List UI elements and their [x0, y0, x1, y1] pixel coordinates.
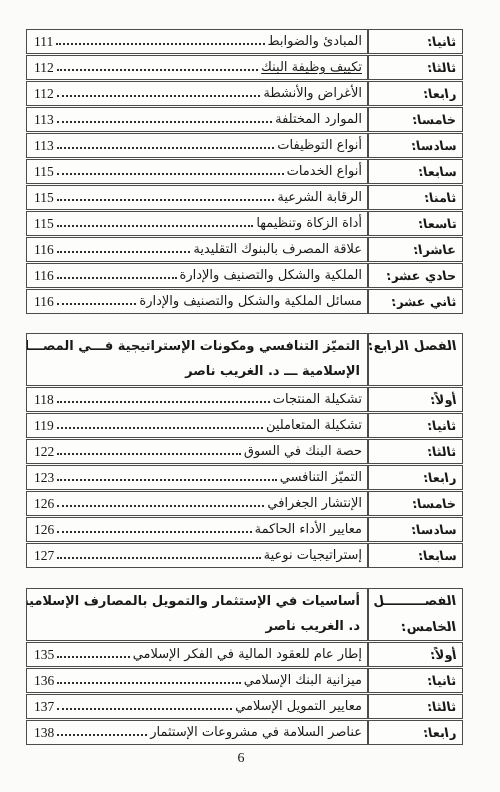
entry-title: الإنتشار الجغرافي	[267, 496, 362, 511]
toc-row: سابعا: أنواع الخدمات115	[26, 159, 463, 184]
toc-row: رابعا: عناصر السلامة في مشروعات الإستثما…	[26, 720, 463, 745]
ordinal-cell: رابعا:	[368, 81, 463, 106]
toc-table-chapter-5: الفصـــــــــل الخامس: أساسيات في الإستث…	[26, 588, 463, 746]
page-ref: 115	[34, 191, 54, 205]
page-ref: 119	[34, 419, 54, 433]
page-ref: 136	[34, 674, 54, 688]
ordinal-cell: أولاً:	[368, 387, 463, 412]
entry-title: حصة البنك في السوق	[244, 444, 362, 459]
dot-leader	[57, 401, 270, 403]
ordinal-label: ثالثا:	[426, 60, 457, 75]
chapter-label-cell: الفصـــــــــل الخامس:	[368, 588, 463, 641]
chapter-header-row: الفصل الرابع: التميّز التنافسي ومكونات ا…	[26, 333, 463, 386]
entry-cell: أنواع الخدمات115	[26, 159, 368, 184]
toc-row: خامسا: الموارد المختلفة113	[26, 107, 463, 132]
ordinal-label: ثالثا:	[426, 699, 457, 714]
ordinal-cell: أولاً:	[368, 642, 463, 667]
toc-table-chapter-4: الفصل الرابع: التميّز التنافسي ومكونات ا…	[26, 333, 463, 569]
entry-title: تشكيلة المنتجات	[273, 392, 362, 407]
toc-row: رابعا: الأغراض والأنشطة112	[26, 81, 463, 106]
page-ref: 113	[34, 113, 54, 127]
toc-row: ثاني عشر: مسائل الملكية والشكل والتصنيف …	[26, 289, 463, 314]
entry-title: الملكية والشكل والتصنيف والإدارة	[180, 268, 362, 283]
page-ref: 122	[34, 445, 54, 459]
toc-row: ثالثا: تكييف وظيفة البنك112	[26, 55, 463, 80]
entry-cell: أنواع التوظيفات113	[26, 133, 368, 158]
ordinal-cell: سابعا:	[368, 159, 463, 184]
chapter-title-cell: التميّز التنافسي ومكونات الإستراتيجية فـ…	[26, 333, 368, 386]
entry-cell: تشكيلة المنتجات118	[26, 387, 368, 412]
ordinal-cell: سادسا:	[368, 133, 463, 158]
entry-title: الأغراض والأنشطة	[263, 86, 362, 101]
entry-cell: تكييف وظيفة البنك112	[26, 55, 368, 80]
chapter-title-line: الإسلامية ـــ د. الغريب ناصر	[185, 364, 360, 379]
chapter-label: الفصل الرابع:	[368, 339, 457, 354]
entry-title: إطار عام للعقود المالية في الفكر الإسلام…	[133, 647, 362, 662]
ordinal-cell: رابعا:	[368, 465, 463, 490]
chapter-label: الفصـــــــــل	[372, 594, 457, 609]
ordinal-label: ثانيا:	[426, 34, 457, 49]
entry-title: ميزانية البنك الإسلامي	[244, 673, 362, 688]
ordinal-label: تاسعا:	[416, 216, 457, 231]
ordinal-cell: ثالثا:	[368, 694, 463, 719]
dot-leader	[57, 656, 129, 658]
entry-cell: ميزانية البنك الإسلامي136	[26, 668, 368, 693]
dot-leader	[57, 173, 284, 175]
ordinal-label: رابعا:	[422, 725, 457, 740]
ordinal-cell: ثانيا:	[368, 29, 463, 54]
page-ref: 137	[34, 700, 54, 714]
entry-cell: التميّز التنافسي123	[26, 465, 368, 490]
ordinal-cell: سابعا:	[368, 543, 463, 568]
page-ref: 115	[34, 217, 54, 231]
entry-cell: معايير التمويل الإسلامي137	[26, 694, 368, 719]
ordinal-label: أولاً:	[428, 647, 457, 662]
chapter-title-line: التميّز التنافسي ومكونات الإستراتيجية فـ…	[26, 339, 360, 354]
page-ref: 126	[34, 497, 54, 511]
ordinal-cell: ثاني عشر:	[368, 289, 463, 314]
ordinal-label: ثانيا:	[426, 673, 457, 688]
entry-cell: علاقة المصرف بالبنوك التقليدية116	[26, 237, 368, 262]
toc-table-chapter-3-continued: ثانيا: المبادئ والضوابط111 ثالثا: تكييف …	[26, 29, 463, 315]
entry-cell: مسائل الملكية والشكل والتصنيف والإدارة11…	[26, 289, 368, 314]
entry-cell: معايير الأداء الحاكمة126	[26, 517, 368, 542]
toc-row: خامسا: الإنتشار الجغرافي126	[26, 491, 463, 516]
ordinal-label: ثالثا:	[426, 444, 457, 459]
entry-cell: الموارد المختلفة113	[26, 107, 368, 132]
chapter-header-row: الفصـــــــــل الخامس: أساسيات في الإستث…	[26, 588, 463, 641]
dot-leader	[57, 199, 275, 201]
dot-leader	[57, 251, 191, 253]
dot-leader	[57, 303, 137, 305]
page-ref: 116	[34, 243, 54, 257]
dot-leader	[57, 147, 275, 149]
chapter-title-line: د. الغريب ناصر	[266, 619, 360, 634]
ordinal-cell: ثانيا:	[368, 413, 463, 438]
ordinal-label: حادي عشر:	[385, 268, 457, 283]
entry-title: مسائل الملكية والشكل والتصنيف والإدارة	[139, 294, 362, 309]
dot-leader	[57, 479, 276, 481]
ordinal-label: أولاً:	[428, 392, 457, 407]
entry-cell: عناصر السلامة في مشروعات الإستثمار138	[26, 720, 368, 745]
entry-cell: المبادئ والضوابط111	[26, 29, 368, 54]
entry-cell: الأغراض والأنشطة112	[26, 81, 368, 106]
dot-leader	[57, 69, 258, 71]
page-number: 6	[0, 751, 482, 767]
dot-leader	[57, 277, 177, 279]
toc-row: ثانيا: المبادئ والضوابط111	[26, 29, 463, 54]
entry-title: المبادئ والضوابط	[268, 34, 362, 49]
entry-cell: أداة الزكاة وتنظيمها115	[26, 211, 368, 236]
dot-leader	[57, 505, 264, 507]
dot-leader	[57, 453, 241, 455]
ordinal-label: خامسا:	[411, 496, 457, 511]
toc-row: ثانيا: ميزانية البنك الإسلامي136	[26, 668, 463, 693]
dot-leader	[57, 225, 254, 227]
entry-title: أنواع التوظيفات	[277, 138, 362, 153]
entry-title: الرقابة الشرعية	[277, 190, 362, 205]
ordinal-label: رابعا:	[422, 470, 457, 485]
ordinal-cell: حادي عشر:	[368, 263, 463, 288]
page-ref: 112	[34, 61, 54, 75]
toc-row: عاشرا: علاقة المصرف بالبنوك التقليدية116	[26, 237, 463, 262]
page-ref: 111	[34, 35, 53, 49]
toc-row: ثامنا: الرقابة الشرعية115	[26, 185, 463, 210]
ordinal-cell: ثامنا:	[368, 185, 463, 210]
toc-row: سادسا: معايير الأداء الحاكمة126	[26, 517, 463, 542]
ordinal-cell: سادسا:	[368, 517, 463, 542]
toc-row: ثالثا: معايير التمويل الإسلامي137	[26, 694, 463, 719]
dot-leader	[57, 95, 261, 97]
entry-title: معايير التمويل الإسلامي	[235, 699, 362, 714]
ordinal-label: خامسا:	[411, 112, 457, 127]
entry-cell: حصة البنك في السوق122	[26, 439, 368, 464]
page-ref: 116	[34, 269, 54, 283]
entry-title: تشكيلة المتعاملين	[266, 418, 362, 433]
toc-row: أولاً: تشكيلة المنتجات118	[26, 387, 463, 412]
ordinal-label: سادسا:	[409, 522, 457, 537]
toc-row: سابعا: إستراتيجيات نوعية127	[26, 543, 463, 568]
entry-cell: الملكية والشكل والتصنيف والإدارة116	[26, 263, 368, 288]
toc-row: ثانيا: تشكيلة المتعاملين119	[26, 413, 463, 438]
ordinal-label: سابعا:	[416, 164, 457, 179]
dot-leader	[57, 427, 263, 429]
page-ref: 116	[34, 295, 54, 309]
toc-row: تاسعا: أداة الزكاة وتنظيمها115	[26, 211, 463, 236]
entry-title: أنواع الخدمات	[287, 164, 362, 179]
dot-leader	[57, 708, 232, 710]
dot-leader	[57, 121, 272, 123]
dot-leader	[57, 531, 251, 533]
page-ref: 126	[34, 523, 54, 537]
ordinal-cell: ثانيا:	[368, 668, 463, 693]
page-ref: 113	[34, 139, 54, 153]
page-ref: 112	[34, 87, 54, 101]
ordinal-cell: خامسا:	[368, 491, 463, 516]
ordinal-label: ثانيا:	[426, 418, 457, 433]
ordinal-cell: ثالثا:	[368, 439, 463, 464]
ordinal-label: سادسا:	[409, 138, 457, 153]
dot-leader	[57, 557, 260, 559]
chapter-label: الخامس:	[400, 620, 458, 635]
ordinal-cell: خامسا:	[368, 107, 463, 132]
page-ref: 135	[34, 648, 54, 662]
entry-cell: تشكيلة المتعاملين119	[26, 413, 368, 438]
dot-leader	[56, 43, 264, 45]
page-ref: 115	[34, 165, 54, 179]
entry-title: الموارد المختلفة	[275, 112, 362, 127]
chapter-label-cell: الفصل الرابع:	[368, 333, 463, 386]
entry-title: عناصر السلامة في مشروعات الإستثمار	[150, 725, 362, 740]
ordinal-label: ثامنا:	[423, 190, 457, 205]
dot-leader	[57, 682, 240, 684]
entry-title: أداة الزكاة وتنظيمها	[256, 216, 362, 231]
entry-title: التميّز التنافسي	[280, 470, 362, 485]
entry-title: تكييف وظيفة البنك	[261, 60, 362, 75]
ordinal-label: عاشرا:	[412, 242, 457, 257]
chapter-title-line: أساسيات في الإستثمار والتمويل بالمصارف ا…	[26, 594, 360, 609]
page-ref: 123	[34, 471, 54, 485]
entry-cell: إطار عام للعقود المالية في الفكر الإسلام…	[26, 642, 368, 667]
entry-title: إستراتيجيات نوعية	[264, 548, 362, 563]
dot-leader	[57, 734, 147, 736]
ordinal-label: سابعا:	[416, 548, 457, 563]
page-ref: 138	[34, 726, 54, 740]
ordinal-label: ثاني عشر:	[390, 294, 458, 309]
ordinal-cell: رابعا:	[368, 720, 463, 745]
toc-row: حادي عشر: الملكية والشكل والتصنيف والإدا…	[26, 263, 463, 288]
entry-cell: الإنتشار الجغرافي126	[26, 491, 368, 516]
ordinal-cell: عاشرا:	[368, 237, 463, 262]
entry-title: علاقة المصرف بالبنوك التقليدية	[193, 242, 362, 257]
entry-cell: الرقابة الشرعية115	[26, 185, 368, 210]
entry-cell: إستراتيجيات نوعية127	[26, 543, 368, 568]
page-ref: 118	[34, 393, 54, 407]
page-ref: 127	[34, 549, 54, 563]
ordinal-cell: تاسعا:	[368, 211, 463, 236]
chapter-title-cell: أساسيات في الإستثمار والتمويل بالمصارف ا…	[26, 588, 368, 641]
ordinal-cell: ثالثا:	[368, 55, 463, 80]
toc-row: سادسا: أنواع التوظيفات113	[26, 133, 463, 158]
toc-row: أولاً: إطار عام للعقود المالية في الفكر …	[26, 642, 463, 667]
ordinal-label: رابعا:	[422, 86, 457, 101]
toc-row: ثالثا: حصة البنك في السوق122	[26, 439, 463, 464]
toc-row: رابعا: التميّز التنافسي123	[26, 465, 463, 490]
entry-title: معايير الأداء الحاكمة	[255, 522, 362, 537]
